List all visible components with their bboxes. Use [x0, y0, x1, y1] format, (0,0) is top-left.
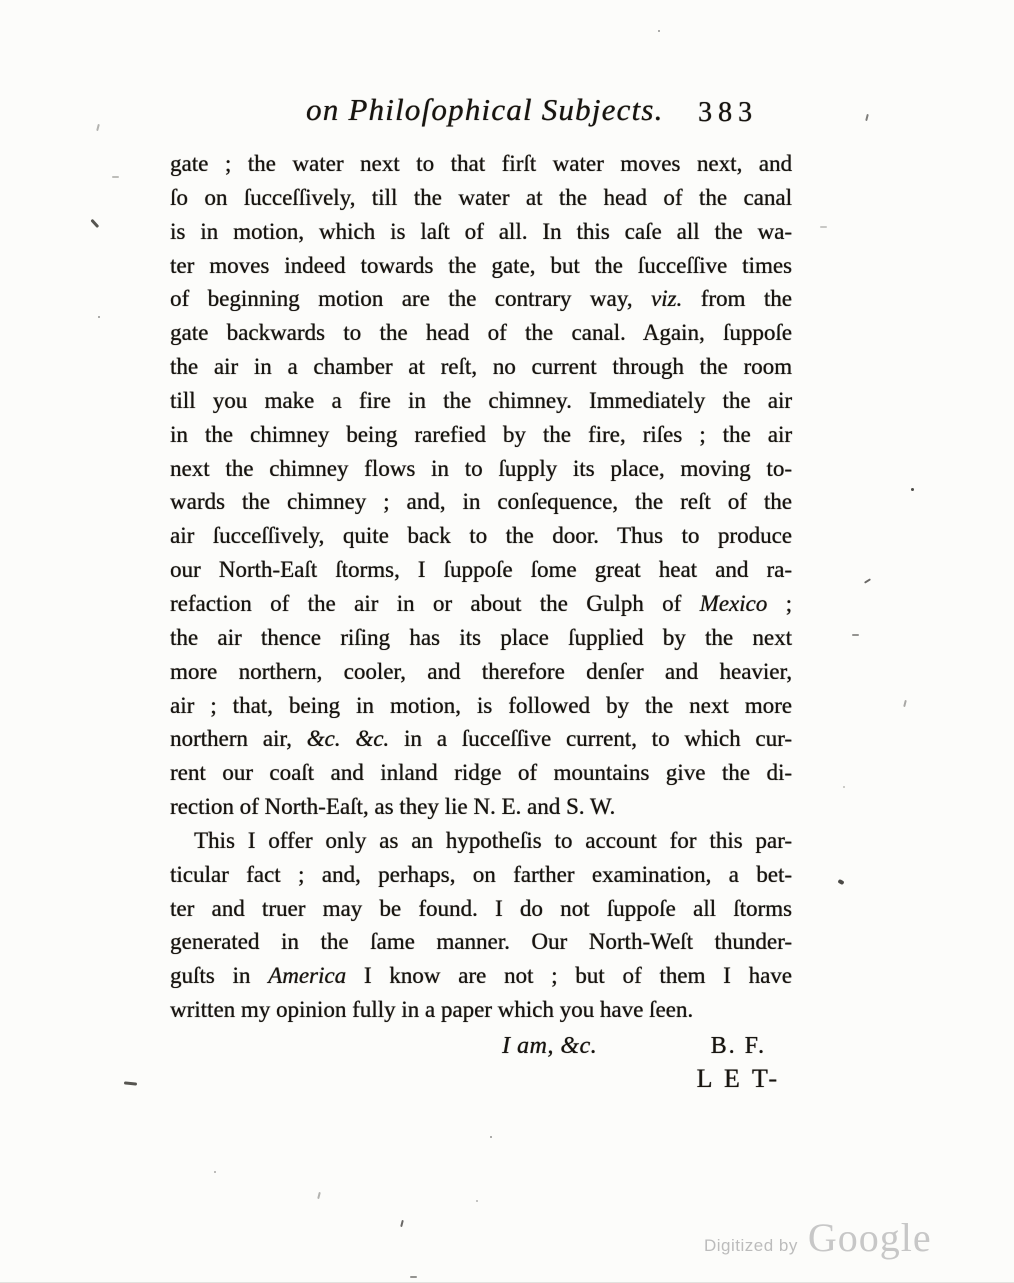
text-segment: till you make a fire in the chimney. Imm… — [170, 388, 792, 413]
scan-speck — [91, 219, 100, 228]
text-line: air ſucceſſively, quite back to the door… — [170, 519, 792, 553]
text-segment: ter and truer may be found. I do not ſup… — [170, 896, 792, 921]
text-line: gate ; the water next to that firſt wate… — [170, 147, 792, 181]
text-line: of beginning motion are the contrary way… — [170, 282, 792, 316]
text-line: the air in a chamber at reſt, no current… — [170, 350, 792, 384]
text-segment: gate ; the water next to that firſt wate… — [170, 151, 792, 176]
text-segment: ter moves indeed towards the gate, but t… — [170, 253, 792, 278]
text-segment: gate backwards to the head of the canal.… — [170, 320, 792, 345]
text-line: generated in the ſame manner. Our North-… — [170, 925, 792, 959]
text-line: wards the chimney ; and, in conſequence,… — [170, 485, 792, 519]
scan-speck — [98, 316, 100, 318]
text-segment: from the — [682, 286, 792, 311]
text-line: written my opinion fully in a paper whic… — [170, 993, 792, 1027]
text-segment: I know are not ; but of them I have — [346, 963, 792, 988]
scan-speck — [903, 700, 907, 707]
text-line: northern air, &c. &c. in a ſucceſſive cu… — [170, 722, 792, 756]
page-number: 383 — [698, 97, 758, 129]
scan-speck — [843, 786, 845, 788]
text-segment: guſts in — [170, 963, 268, 988]
scan-speck — [864, 578, 871, 583]
text-segment: ſo on ſucceſſively, till the water at th… — [170, 185, 792, 210]
body-text-block: gate ; the water next to that firſt wate… — [170, 147, 792, 1027]
scan-speck — [837, 879, 844, 885]
scan-speck — [820, 226, 827, 228]
scan-speck — [317, 1192, 321, 1199]
watermark-prefix: Digitized by — [704, 1236, 798, 1256]
text-segment: ; — [767, 591, 792, 616]
text-line: rent our coaſt and inland ridge of mount… — [170, 756, 792, 790]
italic-text-segment: &c. &c. — [307, 726, 390, 751]
text-segment: of beginning motion are the contrary way… — [170, 286, 651, 311]
scan-speck — [112, 176, 119, 178]
scan-speck — [490, 1136, 492, 1138]
italic-text-segment: Mexico — [700, 591, 768, 616]
text-line: ter moves indeed towards the gate, but t… — [170, 249, 792, 283]
text-segment: next the chimney flows in to ſupply its … — [170, 456, 792, 481]
text-segment: rent our coaſt and inland ridge of mount… — [170, 760, 792, 785]
text-line: our North-Eaſt ſtorms, I ſuppoſe ſome gr… — [170, 553, 792, 587]
book-page-scan: on Philoſophical Subjects. 383 gate ; th… — [0, 0, 1014, 1283]
text-segment: is in motion, which is laſt of all. In t… — [170, 219, 792, 244]
text-segment: northern air, — [170, 726, 307, 751]
text-line: ſo on ſucceſſively, till the water at th… — [170, 181, 792, 215]
italic-text-segment: America — [268, 963, 346, 988]
text-segment: rection of North-Eaſt, as they lie N. E.… — [170, 794, 615, 819]
scan-speck — [400, 1220, 404, 1227]
running-header-title: on Philoſophical Subjects. — [306, 92, 664, 128]
text-segment: our North-Eaſt ſtorms, I ſuppoſe ſome gr… — [170, 557, 792, 582]
text-segment: air ; that, being in motion, is followed… — [170, 693, 792, 718]
text-line: ter and truer may be found. I do not ſup… — [170, 892, 792, 926]
text-segment: written my opinion fully in a paper whic… — [170, 997, 693, 1022]
text-line: in the chimney being rarefied by the fir… — [170, 418, 792, 452]
scan-speck — [852, 634, 859, 636]
signature-row: I am, &c. B. F. — [170, 1029, 792, 1063]
google-logo: Google — [808, 1214, 932, 1261]
text-segment: ticular fact ; and, perhaps, on farther … — [170, 862, 792, 887]
text-segment: refaction of the air in or about the Gul… — [170, 591, 700, 616]
italic-text-segment: viz. — [651, 286, 682, 311]
text-line: next the chimney flows in to ſupply its … — [170, 452, 792, 486]
scan-speck — [476, 1200, 478, 1202]
text-segment: in a ſucceſſive current, to which cur- — [389, 726, 792, 751]
catchword: L E T- — [697, 1064, 792, 1093]
text-line: more northern, cooler, and therefore den… — [170, 655, 792, 689]
scan-speck — [658, 30, 660, 32]
catchword-row: L E T- — [170, 1062, 792, 1096]
scan-speck — [911, 488, 914, 491]
author-initials: B. F. — [711, 1029, 766, 1063]
text-line: This I offer only as an hypotheſis to ac… — [170, 824, 792, 858]
text-line: the air thence riſing has its place ſupp… — [170, 621, 792, 655]
text-segment: in the chimney being rarefied by the fir… — [170, 422, 792, 447]
scan-speck — [214, 1171, 216, 1173]
text-segment: This I offer only as an hypotheſis to ac… — [194, 828, 792, 853]
text-line: air ; that, being in motion, is followed… — [170, 689, 792, 723]
text-segment: generated in the ſame manner. Our North-… — [170, 929, 792, 954]
text-segment: wards the chimney ; and, in conſequence,… — [170, 489, 792, 514]
text-line: ticular fact ; and, perhaps, on farther … — [170, 858, 792, 892]
text-line: till you make a fire in the chimney. Imm… — [170, 384, 792, 418]
text-line: is in motion, which is laſt of all. In t… — [170, 215, 792, 249]
text-line: rection of North-Eaſt, as they lie N. E.… — [170, 790, 792, 824]
text-segment: air ſucceſſively, quite back to the door… — [170, 523, 792, 548]
scan-speck — [865, 114, 869, 121]
scan-speck — [124, 1081, 137, 1085]
scan-speck — [410, 1276, 417, 1278]
letter-closing: I am, &c. — [502, 1029, 597, 1063]
text-line: gate backwards to the head of the canal.… — [170, 316, 792, 350]
text-segment: the air in a chamber at reſt, no current… — [170, 354, 792, 379]
scan-speck — [96, 124, 100, 131]
text-line: refaction of the air in or about the Gul… — [170, 587, 792, 621]
text-segment: the air thence riſing has its place ſupp… — [170, 625, 792, 650]
text-line: guſts in America I know are not ; but of… — [170, 959, 792, 993]
text-segment: more northern, cooler, and therefore den… — [170, 659, 792, 684]
digitization-watermark: Digitized by Google — [704, 1214, 932, 1261]
